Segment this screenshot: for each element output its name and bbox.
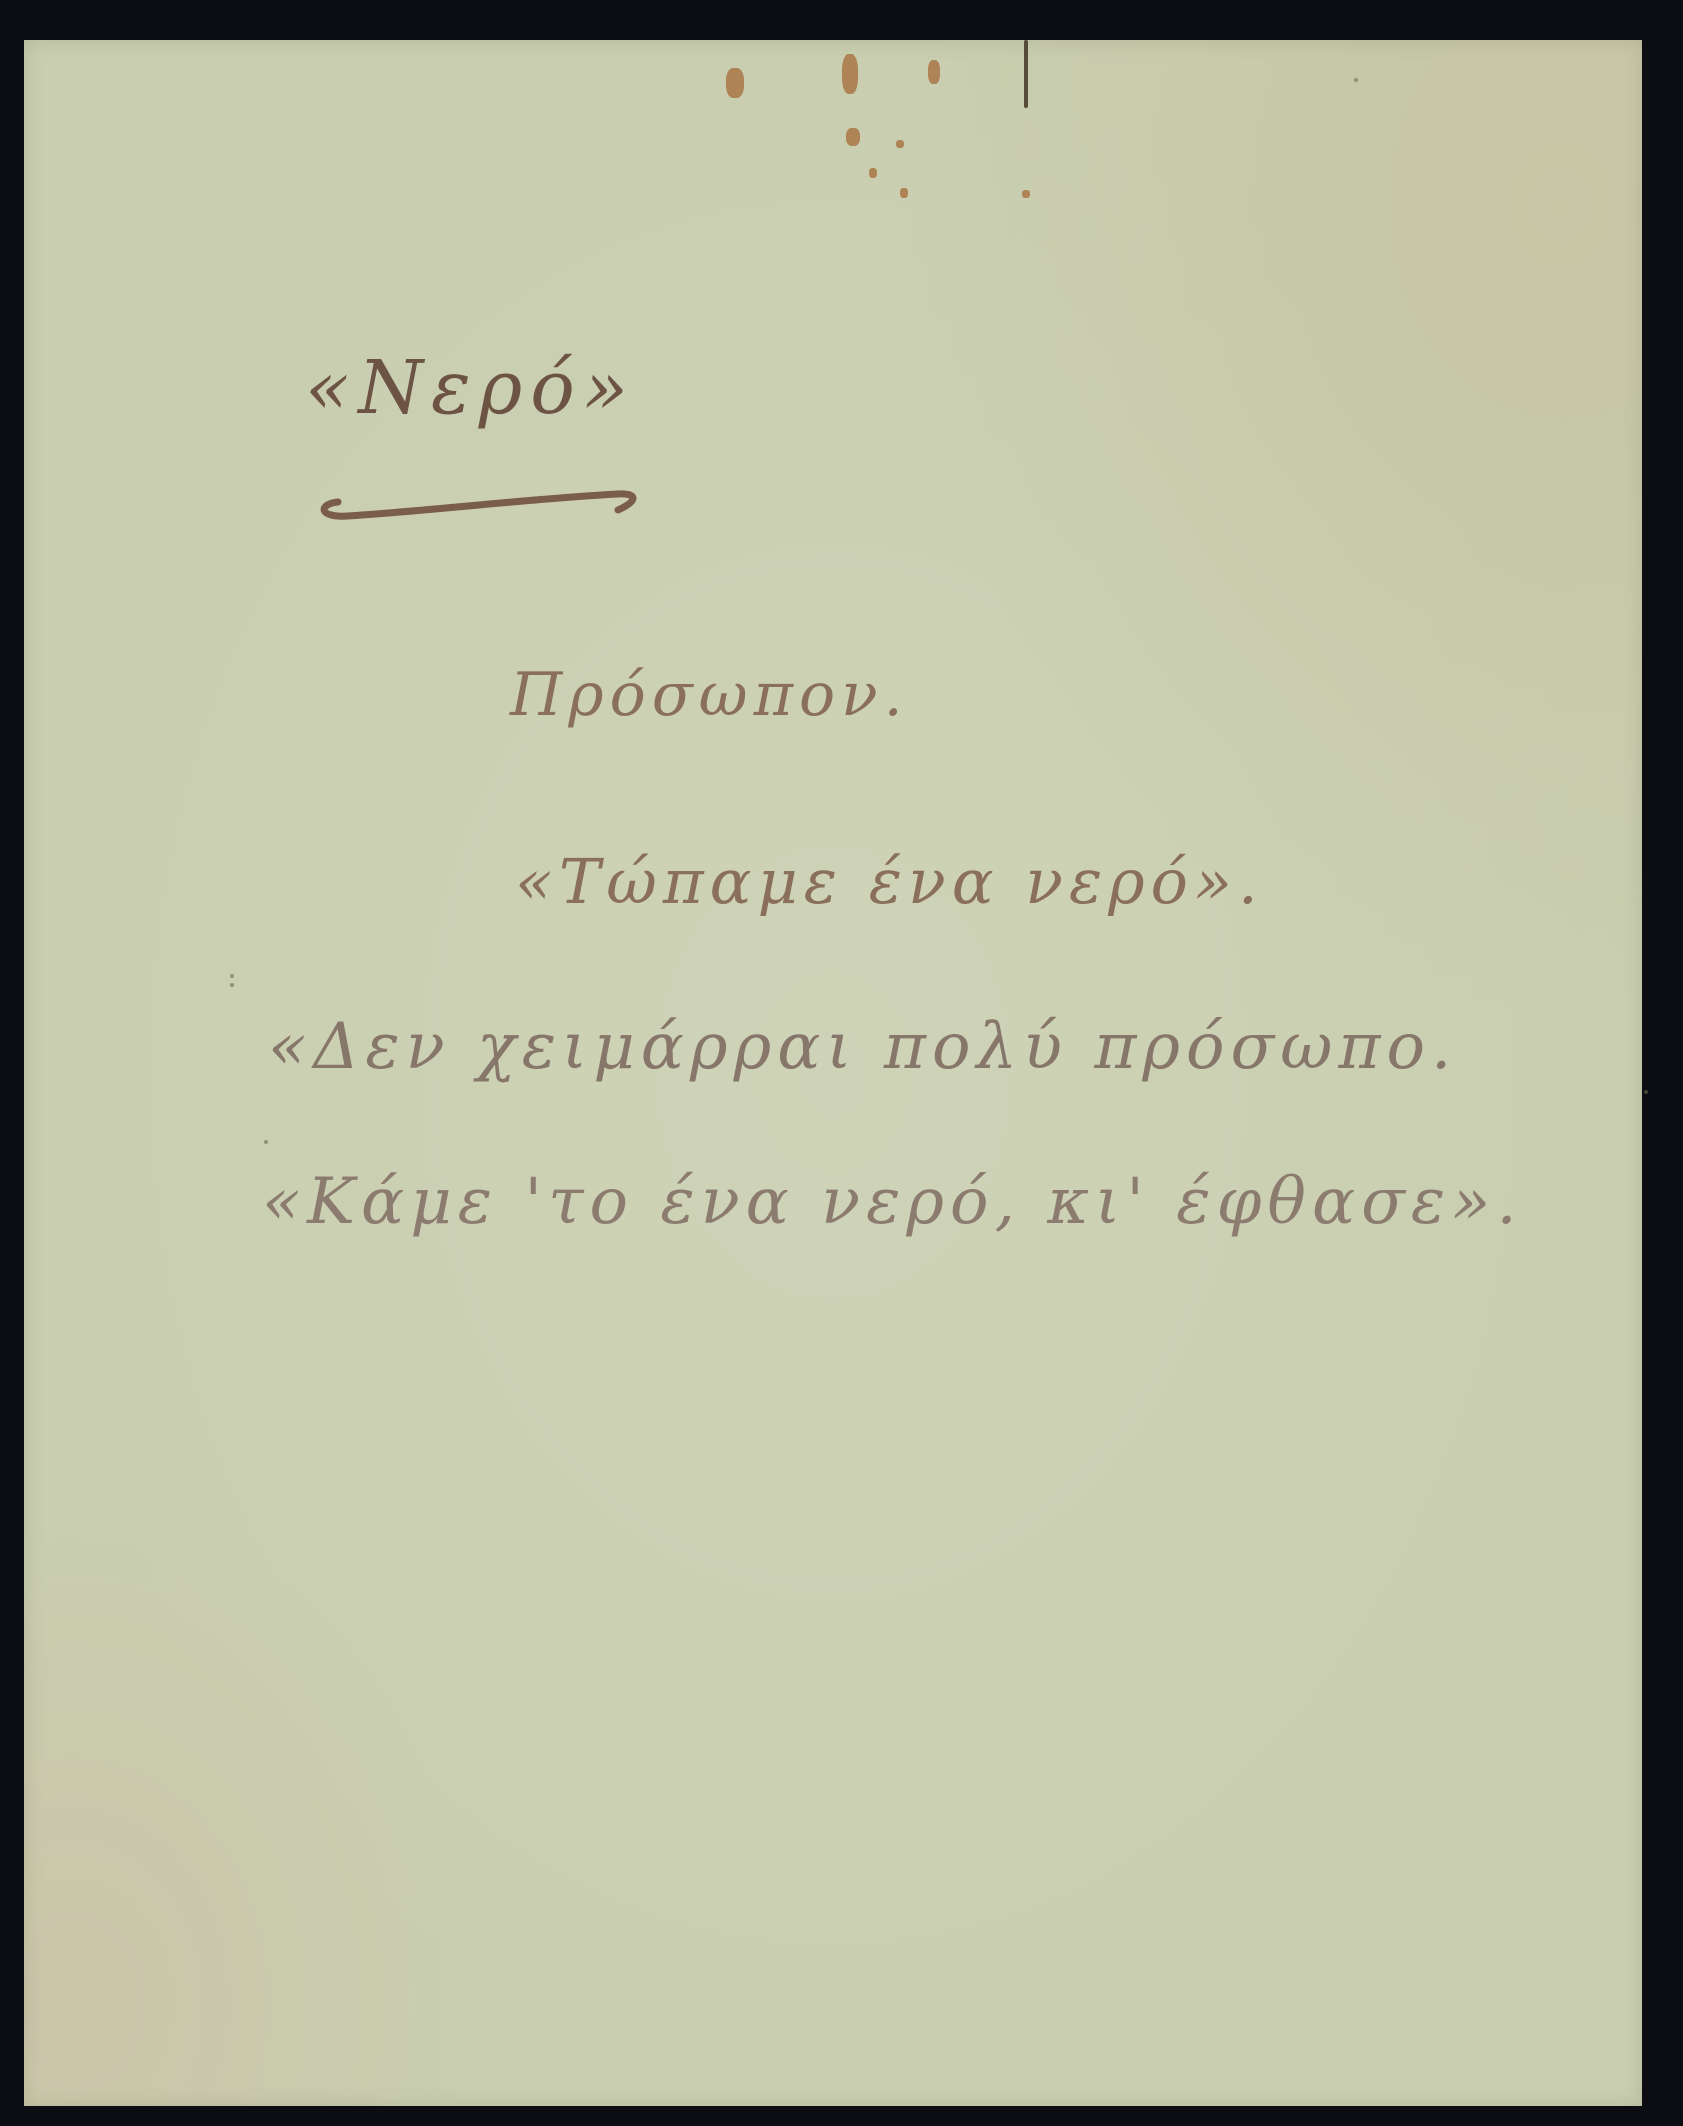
rust-stain <box>928 60 940 84</box>
manuscript-line-3: «Δεν χειμάρραι πολύ πρόσωπο. <box>268 1010 1457 1084</box>
manuscript-line-1: Πρόσωπον. <box>510 660 909 730</box>
paper-speck <box>230 983 234 987</box>
paper-speck <box>1354 78 1358 82</box>
rust-stain <box>846 128 860 146</box>
rust-stain <box>869 168 877 178</box>
paper-speck <box>1644 1090 1648 1094</box>
paper-speck <box>264 1140 268 1144</box>
manuscript-title: «Νερό» <box>305 345 636 431</box>
manuscript-line-2: «Τώπαμε ένα νερό». <box>515 845 1264 918</box>
scanned-page: «Νερό» Πρόσωπον. «Τώπαμε ένα νερό». «Δεν… <box>0 0 1683 2126</box>
rust-stain <box>900 188 908 198</box>
rust-stain <box>842 54 858 94</box>
rust-stain <box>896 140 904 148</box>
dark-mark <box>1024 40 1028 108</box>
title-underline <box>318 480 638 520</box>
rust-stain <box>1022 190 1030 198</box>
rust-stain <box>726 68 744 98</box>
manuscript-line-4: «Κάμε 'το ένα νερό, κι' έφθασε». <box>262 1165 1523 1239</box>
paper-speck <box>230 974 234 978</box>
